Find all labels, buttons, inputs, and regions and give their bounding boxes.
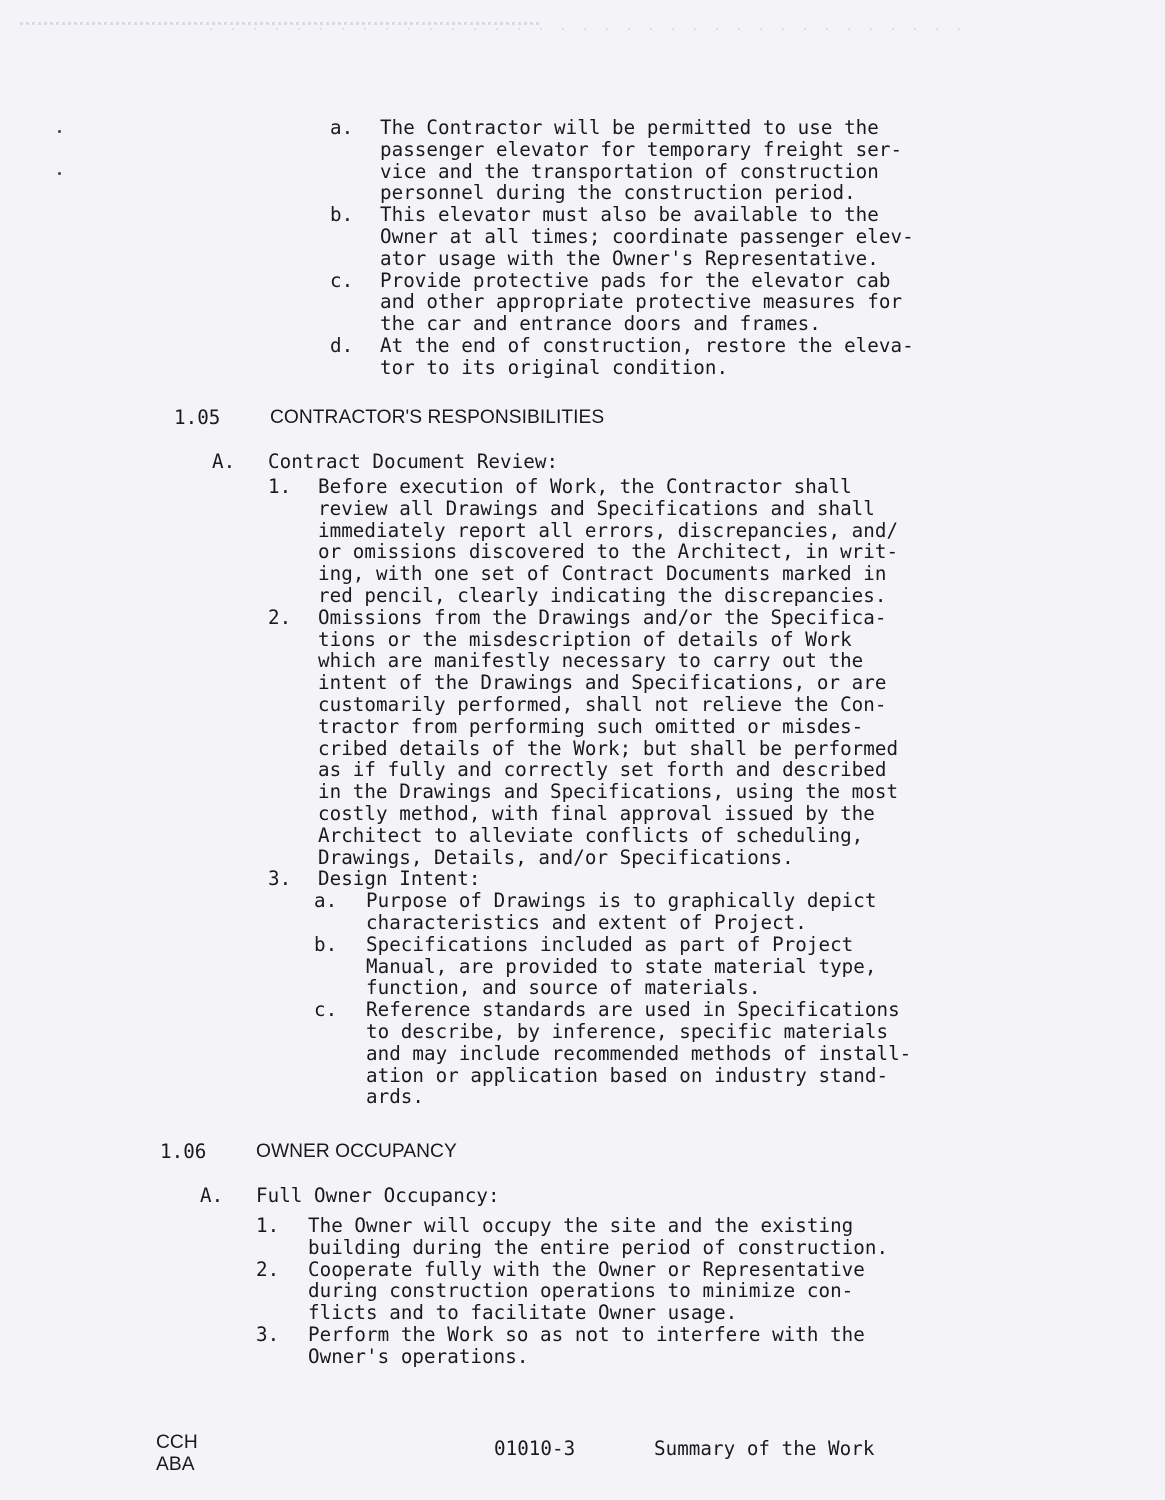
paragraph-text: flicts and to facilitate Owner usage. (308, 1302, 737, 1324)
paragraph-text: Drawings, Details, and/or Specifications… (318, 847, 794, 869)
paragraph-heading: Design Intent: (318, 868, 480, 890)
paragraph-marker: 2. (256, 1259, 279, 1281)
paragraph-text: tions or the misdescription of details o… (318, 629, 852, 651)
elevator-item-text: Provide protective pads for the elevator… (380, 270, 890, 292)
paragraph-text: Architect to alleviate conflicts of sche… (318, 825, 863, 847)
paragraph-text: during construction operations to minimi… (308, 1280, 853, 1302)
paragraph-text: intent of the Drawings and Specification… (318, 672, 887, 694)
elevator-item-text: This elevator must also be available to … (380, 204, 879, 226)
subparagraph-marker: b. (314, 934, 337, 956)
section-title: OWNER OCCUPANCY (256, 1141, 457, 1163)
subparagraph-marker: a. (314, 890, 337, 912)
paragraph-text: tractor from performing such omitted or … (318, 716, 863, 738)
paragraph-text: red pencil, clearly indicating the discr… (318, 585, 887, 607)
elevator-item-text: vice and the transportation of construct… (380, 161, 879, 183)
paragraph-marker: 1. (268, 476, 291, 498)
subparagraph-text: to describe, by inference, specific mate… (366, 1021, 888, 1043)
paragraph-text: customarily performed, shall not relieve… (318, 694, 887, 716)
elevator-item-text: The Contractor will be permitted to use … (380, 117, 879, 139)
paragraph-text: review all Drawings and Specifications a… (318, 498, 875, 520)
paragraph-text: or omissions discovered to the Architect… (318, 541, 898, 563)
elevator-item-text: passenger elevator for temporary freight… (380, 139, 902, 161)
section-number: 1.05 (174, 407, 220, 429)
article-heading: Contract Document Review: (268, 451, 558, 473)
paragraph-text: Cooperate fully with the Owner or Repres… (308, 1259, 865, 1281)
scan-artifact (210, 28, 970, 30)
paragraph-marker: 2. (268, 607, 291, 629)
paragraph-text: cribed details of the Work; but shall be… (318, 738, 898, 760)
subparagraph-text: ation or application based on industry s… (366, 1065, 888, 1087)
subparagraph-text: Reference standards are used in Specific… (366, 999, 900, 1021)
scan-artifact (20, 22, 540, 25)
paragraph-marker: 3. (268, 868, 291, 890)
paragraph-text: Perform the Work so as not to interfere … (308, 1324, 865, 1346)
paragraph-text: costly method, with final approval issue… (318, 803, 875, 825)
paragraph-text: immediately report all errors, discrepan… (318, 520, 898, 542)
subparagraph-marker: c. (314, 999, 337, 1021)
footer-initials-1: CCH (156, 1432, 198, 1454)
elevator-item-text: ator usage with the Owner's Representati… (380, 248, 879, 270)
paragraph-text: Owner's operations. (308, 1346, 528, 1368)
paragraph-text: ing, with one set of Contract Documents … (318, 563, 887, 585)
subparagraph-text: Specifications included as part of Proje… (366, 934, 853, 956)
subparagraph-text: characteristics and extent of Project. (366, 912, 807, 934)
section-number: 1.06 (160, 1141, 206, 1163)
elevator-item-text: and other appropriate protective measure… (380, 291, 902, 313)
paragraph-marker: 1. (256, 1215, 279, 1237)
subparagraph-text: function, and source of materials. (366, 977, 760, 999)
footer-initials-2: ABA (156, 1454, 195, 1476)
paragraph-text: which are manifestly necessary to carry … (318, 650, 863, 672)
footer-page-number: 01010-3 (494, 1438, 575, 1460)
article-heading: Full Owner Occupancy: (256, 1185, 500, 1207)
paragraph-text: Before execution of Work, the Contractor… (318, 476, 852, 498)
elevator-item-text: tor to its original condition. (380, 357, 728, 379)
article-marker: A. (212, 451, 235, 473)
paragraph-marker: 3. (256, 1324, 279, 1346)
elevator-item-marker: b. (330, 204, 353, 226)
paragraph-text: Omissions from the Drawings and/or the S… (318, 607, 887, 629)
paragraph-text: The Owner will occupy the site and the e… (308, 1215, 853, 1237)
paragraph-text: as if fully and correctly set forth and … (318, 759, 887, 781)
subparagraph-text: Purpose of Drawings is to graphically de… (366, 890, 876, 912)
elevator-item-text: Owner at all times; coordinate passenger… (380, 226, 914, 248)
scan-speck (58, 130, 61, 133)
section-title: CONTRACTOR'S RESPONSIBILITIES (270, 407, 604, 429)
paragraph-text: building during the entire period of con… (308, 1237, 888, 1259)
elevator-item-marker: a. (330, 117, 353, 139)
elevator-item-text: the car and entrance doors and frames. (380, 313, 821, 335)
document-page: a.The Contractor will be permitted to us… (0, 0, 1165, 1500)
elevator-item-text: personnel during the construction period… (380, 182, 856, 204)
elevator-item-marker: d. (330, 335, 353, 357)
subparagraph-text: and may include recommended methods of i… (366, 1043, 911, 1065)
elevator-item-marker: c. (330, 270, 353, 292)
paragraph-text: in the Drawings and Specifications, usin… (318, 781, 898, 803)
subparagraph-text: Manual, are provided to state material t… (366, 956, 876, 978)
elevator-item-text: At the end of construction, restore the … (380, 335, 914, 357)
subparagraph-text: ards. (366, 1086, 424, 1108)
article-marker: A. (200, 1185, 223, 1207)
footer-section-title: Summary of the Work (654, 1438, 874, 1460)
scan-speck (58, 172, 61, 175)
